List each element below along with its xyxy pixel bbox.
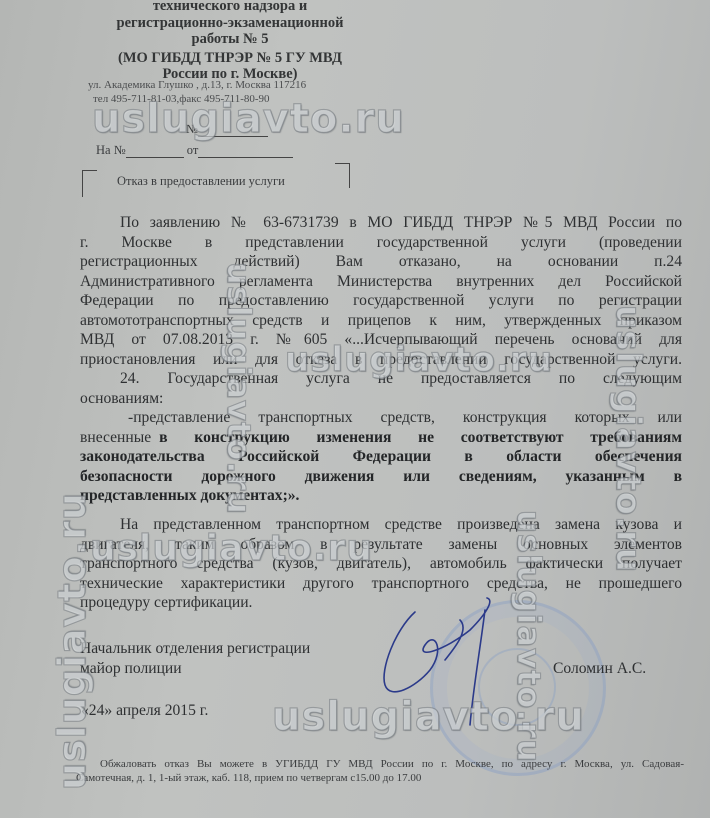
text-bold: представленных документах;». <box>80 486 682 506</box>
appeal-notice: Обжаловать отказ Вы можете в УГИБДД ГУ М… <box>88 757 684 785</box>
text-line: внесенные в конструкцию изменения не соо… <box>80 428 682 448</box>
text-line: Федерации по предоставлению государствен… <box>80 291 682 311</box>
signatory-name: Соломин А.С. <box>553 660 646 678</box>
text-line: приостановления или для отказа в предост… <box>80 350 682 370</box>
text-bold: безопасности дорожного движения или свед… <box>80 467 682 487</box>
text-normal: внесенные <box>80 428 151 448</box>
appeal-line: Самотечная, д. 1, 1-ый этаж, каб. 118, п… <box>76 771 684 785</box>
text-line: двигателя, таким образом в результате за… <box>80 535 682 555</box>
text-line: транспортного средства (кузов, двигатель… <box>80 554 682 574</box>
text-line: На представленном транспортном средстве … <box>80 515 682 535</box>
organization-header: технического надзора и регистрационно-эк… <box>80 0 380 83</box>
signature-scribble <box>375 590 525 740</box>
org-phone: тел 495-711-81-03,факс 495-711-80-90 <box>93 93 270 105</box>
text-bold: законодательства Российской Федерации в … <box>80 447 682 467</box>
text-line: -представление транспортных средств, кон… <box>80 408 682 428</box>
text-line: г. Москве в представлении государственно… <box>80 233 682 253</box>
org-address: ул. Академика Глушко , д.13, г. Москва 1… <box>88 79 306 91</box>
text-bold: в конструкцию изменения не соответствуют… <box>159 428 682 448</box>
signatory-rank: майор полиции <box>80 660 182 678</box>
subject-bracket-right <box>335 163 350 188</box>
org-line: регистрационно-экзаменационной <box>80 15 380 32</box>
signatory-position: Начальник отделения регистрации <box>80 640 310 658</box>
org-line: технического надзора и <box>80 0 380 15</box>
text-line: основаниям: <box>80 389 682 409</box>
reference-number-field: На № от <box>96 143 293 158</box>
text-line: автомототранспортных средств и прицепов … <box>80 311 682 331</box>
body-paragraph-3: -представление транспортных средств, кон… <box>80 408 682 506</box>
org-line: (МО ГИБДД ТНРЭР № 5 ГУ МВД <box>80 50 380 67</box>
document-page: технического надзора и регистрационно-эк… <box>0 0 710 818</box>
text-line: регистрационных действий) Вам отказано, … <box>80 252 682 272</box>
body-paragraph-2: 24. Государственная услуга не предоставл… <box>80 369 682 408</box>
text-line: 24. Государственная услуга не предоставл… <box>80 369 682 389</box>
outgoing-number-field: № <box>186 122 268 137</box>
body-paragraph-1: По заявлению № 63-6731739 в МО ГИБДД ТНР… <box>80 213 682 369</box>
text-line: По заявлению № 63-6731739 в МО ГИБДД ТНР… <box>80 213 682 233</box>
org-line: работы № 5 <box>80 31 380 48</box>
appeal-line: Обжаловать отказ Вы можете в УГИБДД ГУ М… <box>88 757 684 771</box>
subject-bracket-left <box>82 170 97 197</box>
document-date: «24» апреля 2015 г. <box>81 702 208 720</box>
text-line: МВД от 07.08.2013 г. №605 «...Исчерпываю… <box>80 330 682 350</box>
subject-line: Отказ в предоставлении услуги <box>117 174 285 189</box>
text-line: Административного регламента Министерств… <box>80 272 682 292</box>
